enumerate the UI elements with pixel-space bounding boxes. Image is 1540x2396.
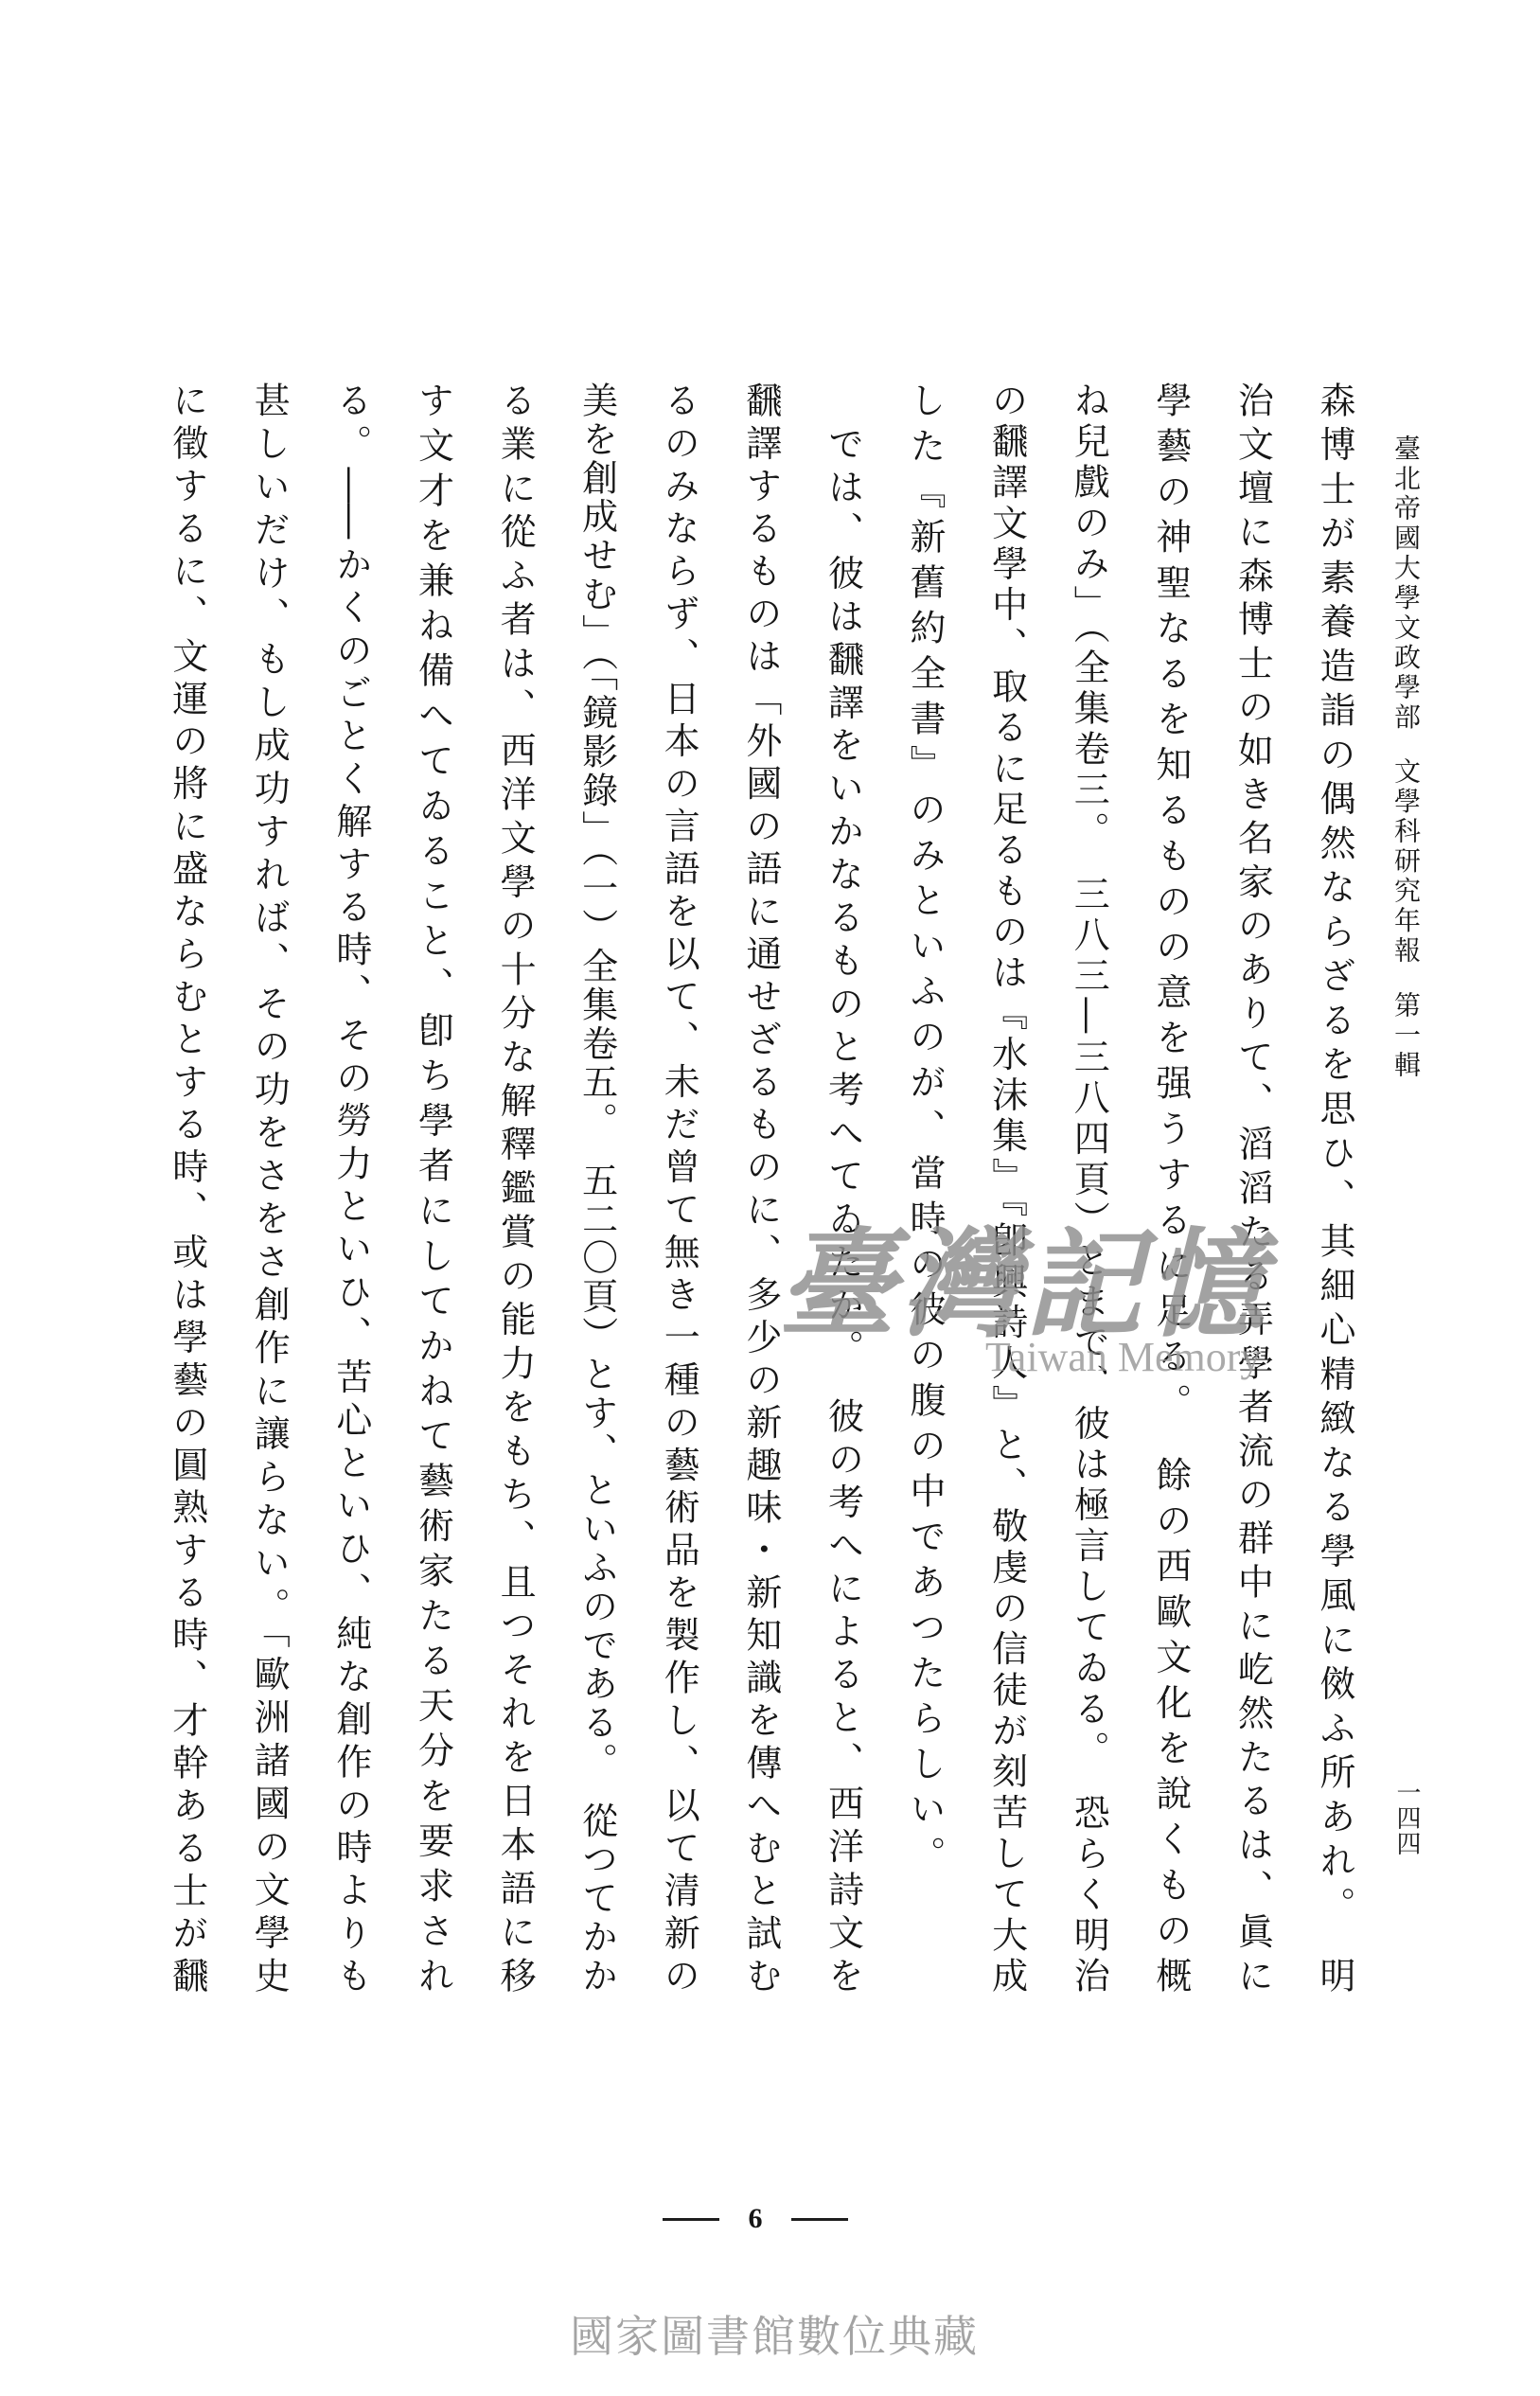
text-column-paragraph-start: では、彼は飜譯をいかなるものと考へてゐたか。 彼の考へによると、西洋詩文を	[802, 382, 884, 1993]
text-column: るのみならず、日本の言語を以て、未だ曾て無き一種の藝術品を製作し、以て清新の	[638, 382, 720, 1993]
text-column: 治文壇に森博士の如き名家のありて、滔滔たる弄學者流の群中に屹然たるは、眞に	[1212, 382, 1294, 1993]
running-header-volume: 第一輯	[1387, 991, 1425, 1081]
body-text: 森博士が素養造詣の偶然ならざるを思ひ、其細心精緻なる學風に傚ふ所あれ。 明 治文…	[146, 382, 1375, 1993]
running-header-university: 臺北帝國大學文政學部	[1387, 435, 1425, 733]
text-column: る業に從ふ者は、西洋文學の十分な解釋鑑賞の能力をもち、且つそれを日本語に移	[473, 382, 556, 1993]
dash-decoration	[791, 2218, 848, 2221]
dash-decoration	[663, 2218, 719, 2221]
text-column: 學藝の神聖なるを知るものの意を强うするに足る。 餘の西歐文化を說くもの概	[1129, 382, 1212, 1993]
scanned-page: 臺北帝國大學文政學部 文學科研究年報 第一輯 一四四 森博士が素養造詣の偶然なら…	[0, 0, 1540, 2396]
folio-number: 6	[749, 2203, 763, 2235]
page-number: 一四四	[1388, 1780, 1425, 1856]
text-column: に徵するに、文運の將に盛ならむとする時、或は學藝の圓熟する時、才幹ある士が飜	[146, 382, 228, 1993]
text-column: る。――かくのごとく解する時、その勞力といひ、苦心といひ、純な創作の時よりも	[310, 382, 392, 1993]
collection-footer: 國家圖書館數位典藏	[564, 2310, 984, 2363]
text-column: 美を創成せむ」（「鏡影錄」（一）全集卷五。 五二〇頁）とす、といふのである。 從…	[556, 382, 638, 1993]
folio: 6	[663, 2202, 848, 2236]
text-column-paragraph-end: した『新舊約全書』のみといふのが、當時の彼の腹の中であつたらしい。	[883, 382, 965, 1993]
running-header: 臺北帝國大學文政學部 文學科研究年報 第一輯	[1387, 435, 1425, 1080]
text-column: 甚しいだけ、もし成功すれば、その功をさをさ創作に讓らない。「歐洲諸國の文學史	[228, 382, 310, 1993]
text-column: 森博士が素養造詣の偶然ならざるを思ひ、其細心精緻なる學風に傚ふ所あれ。 明	[1293, 382, 1375, 1993]
running-header-journal: 文學科研究年報	[1387, 757, 1425, 967]
text-column: ね兒戲のみ」（全集卷三。 三八三―三八四頁）とまで、彼は極言してゐる。 恐らく明…	[1048, 382, 1130, 1993]
text-column: 飜譯するものは「外國の語に通せざるものに、多少の新趣味・新知識を傳へむと試む	[719, 382, 802, 1993]
text-column: の飜譯文學中、取るに足るものは『水沫集』『卽興詩人』と、敬虔の信徒が刻苦して大成	[965, 382, 1048, 1993]
text-column: す文才を兼ね備へてゐること、卽ち學者にしてかねて藝術家たる天分を要求され	[392, 382, 474, 1993]
